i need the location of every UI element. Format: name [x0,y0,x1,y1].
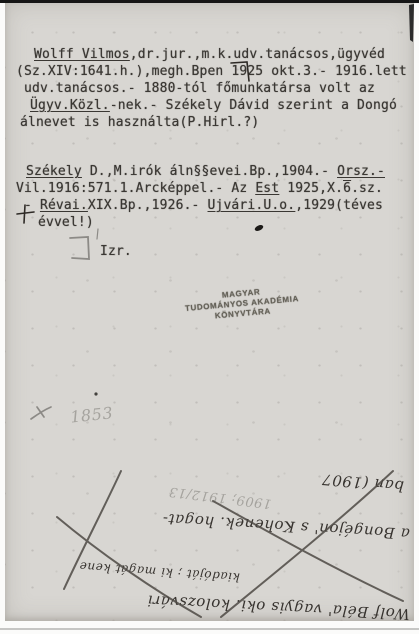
scanned-catalog-card-page: Wolff Vilmos,dr.jur.,m.k.udv.tanácsos,üg… [0,0,419,634]
pencil-bracket-mark [70,229,98,259]
pen-and-pencil-marks-overlay [0,0,419,634]
scan-tear-mark [409,4,414,42]
scan-line-bottom [0,628,419,630]
pen-plus-mark [17,205,34,223]
pencil-arrow-mark [31,407,51,419]
ink-blot [254,224,264,232]
pen-bracket-mark [231,62,249,81]
pencil-dot [94,392,97,395]
crossout-x-strokes [57,471,403,617]
